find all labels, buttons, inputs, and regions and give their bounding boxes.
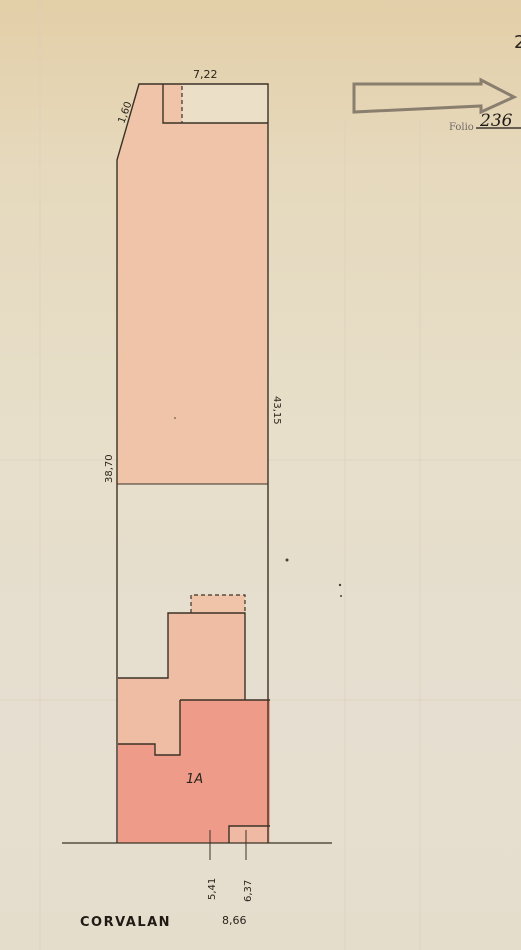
- rear-small-room: [163, 84, 182, 123]
- dashed-annex: [191, 595, 245, 613]
- corner-mark: 2: [514, 32, 521, 53]
- frontage-mark-2: 6,37: [243, 880, 254, 902]
- upper-built-area: [117, 84, 268, 484]
- dimension-right-depth: 43,15: [271, 396, 282, 425]
- street-name: CORVALAN: [80, 915, 171, 930]
- frontage-total: 8,66: [222, 914, 247, 927]
- front-small-room: [229, 826, 270, 843]
- folio-label: Folio: [449, 122, 474, 133]
- orientation-arrow-icon: [354, 80, 514, 112]
- lot-plan-drawing: 7,22 1,60 38,70 43,15 1A 5,41 6,37 CORVA…: [0, 0, 521, 950]
- frontage-mark-1: 5,41: [207, 878, 218, 900]
- survey-sheet: 7,22 1,60 38,70 43,15 1A 5,41 6,37 CORVA…: [0, 0, 521, 950]
- dimension-top-width: 7,22: [193, 68, 218, 81]
- lot-id-label: 1A: [186, 772, 203, 787]
- dimension-left-depth: 38,70: [104, 454, 115, 483]
